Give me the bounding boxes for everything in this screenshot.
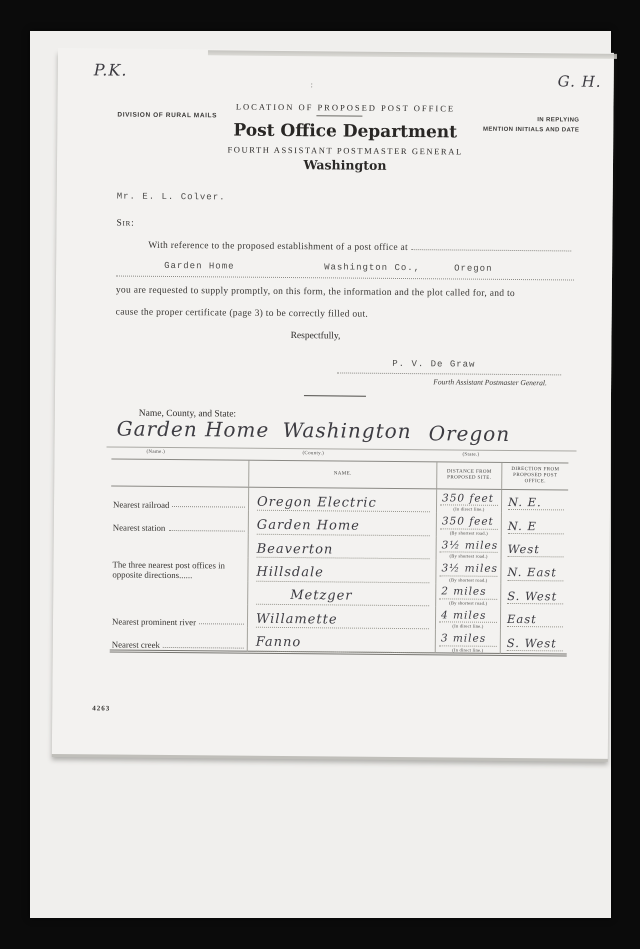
fill-in-state: Oregon	[454, 263, 492, 273]
distance-cell: 4 miles	[439, 610, 497, 623]
direction-cell: N. East	[507, 566, 563, 581]
distance-cell: 350 feet	[440, 493, 498, 506]
distance-cell: 3½ miles	[439, 563, 497, 576]
direction-cell: N. E	[508, 520, 564, 535]
distance-cell: 3 miles	[439, 634, 497, 647]
table-row: Nearest creek Fanno 3 miles(In direct li…	[110, 627, 567, 654]
signature-title: Fourth Assistant Postmaster General.	[415, 377, 565, 387]
name-cell: Willamette	[256, 612, 429, 630]
handwritten-county: Washington	[283, 418, 412, 443]
assistant-title: FOURTH ASSISTANT POSTMASTER GENERAL	[195, 144, 495, 157]
pencil-annotation-pk: P.K.	[94, 60, 128, 79]
distance-cell: 2 miles	[439, 587, 497, 600]
header-direction: DIRECTION FROM PROPOSED POST OFFICE.	[501, 463, 568, 490]
page-edge-shadow	[208, 50, 617, 59]
distance-cell: 350 feet	[440, 517, 498, 530]
distance-caption: (In direct line.)	[439, 646, 497, 654]
signature: P. V. De Graw	[392, 359, 475, 370]
distance-cell: 3½ miles	[440, 540, 498, 553]
addressee: Mr. E. L. Colver.	[117, 192, 226, 203]
salutation: Sir:	[116, 219, 134, 229]
division-line: DIVISION OF RURAL MAILS	[117, 112, 217, 120]
handwritten-state: Oregon	[429, 421, 511, 446]
row-label: Nearest creek	[112, 641, 160, 651]
direction-cell: S. West	[507, 590, 563, 605]
scanned-document-photo: { "annotations": { "top_left": "P.K.", "…	[0, 0, 640, 949]
body-line-1: With reference to the proposed establish…	[116, 241, 574, 255]
header-name: NAME.	[248, 461, 436, 489]
form-number: 4263	[92, 704, 110, 712]
handwritten-name: Garden Home	[117, 417, 270, 442]
location-title-underline	[316, 115, 362, 116]
row-label: Nearest railroad	[113, 500, 170, 510]
name-caption: (Name.)	[146, 450, 165, 455]
dotted-leader	[411, 243, 571, 251]
header-distance: DISTANCE FROM PROPOSED SITE.	[436, 462, 501, 489]
body-line-3: cause the proper certificate (page 3) to…	[116, 308, 368, 320]
direction-cell: N. E.	[508, 496, 564, 511]
name-cell: Fanno	[256, 635, 429, 653]
closing: Respectfully,	[235, 331, 395, 342]
name-cell: Metzger	[256, 588, 429, 606]
county-caption: (County.)	[302, 451, 324, 456]
dotted-leader	[199, 624, 244, 625]
direction-cell: S. West	[507, 636, 563, 651]
row-label-group: The three nearest post offices in opposi…	[112, 561, 247, 582]
name-line-rule	[107, 446, 577, 451]
direction-cell: West	[508, 543, 564, 558]
body-line-1-text: With reference to the proposed establish…	[148, 241, 408, 253]
section-divider	[304, 395, 366, 397]
fill-in-county: Washington Co.,	[324, 262, 420, 273]
name-cell: Oregon Electric	[257, 495, 430, 513]
form-page: P.K. G. H. : DIVISION OF RURAL MAILS LOC…	[52, 48, 614, 759]
fill-in-name: Garden Home	[164, 261, 235, 272]
distances-table: NAME. DISTANCE FROM PROPOSED SITE. DIREC…	[110, 458, 569, 656]
department-title: Post Office Department	[195, 120, 495, 143]
pencil-annotation-gh: G. H.	[558, 72, 602, 90]
dotted-leader	[172, 506, 245, 508]
dotted-leader	[168, 530, 244, 532]
fill-in-underline	[116, 276, 574, 281]
signature-underline	[337, 372, 561, 375]
name-cell: Beaverton	[257, 541, 430, 559]
body-line-2: you are requested to supply promptly, on…	[116, 286, 515, 299]
row-label: Nearest station	[113, 524, 166, 534]
name-cell: Hillsdale	[256, 565, 429, 583]
table-header-row: NAME. DISTANCE FROM PROPOSED SITE. DIREC…	[111, 459, 568, 490]
name-cell: Garden Home	[257, 518, 430, 536]
state-caption: (State.)	[462, 453, 479, 458]
header-blank-cell	[111, 459, 248, 486]
location-title: LOCATION OF PROPOSED POST OFFICE	[195, 101, 495, 114]
washington-title: Washington	[195, 156, 495, 174]
ink-speck: :	[311, 80, 313, 89]
dotted-leader	[163, 647, 244, 649]
direction-cell: East	[507, 613, 563, 628]
